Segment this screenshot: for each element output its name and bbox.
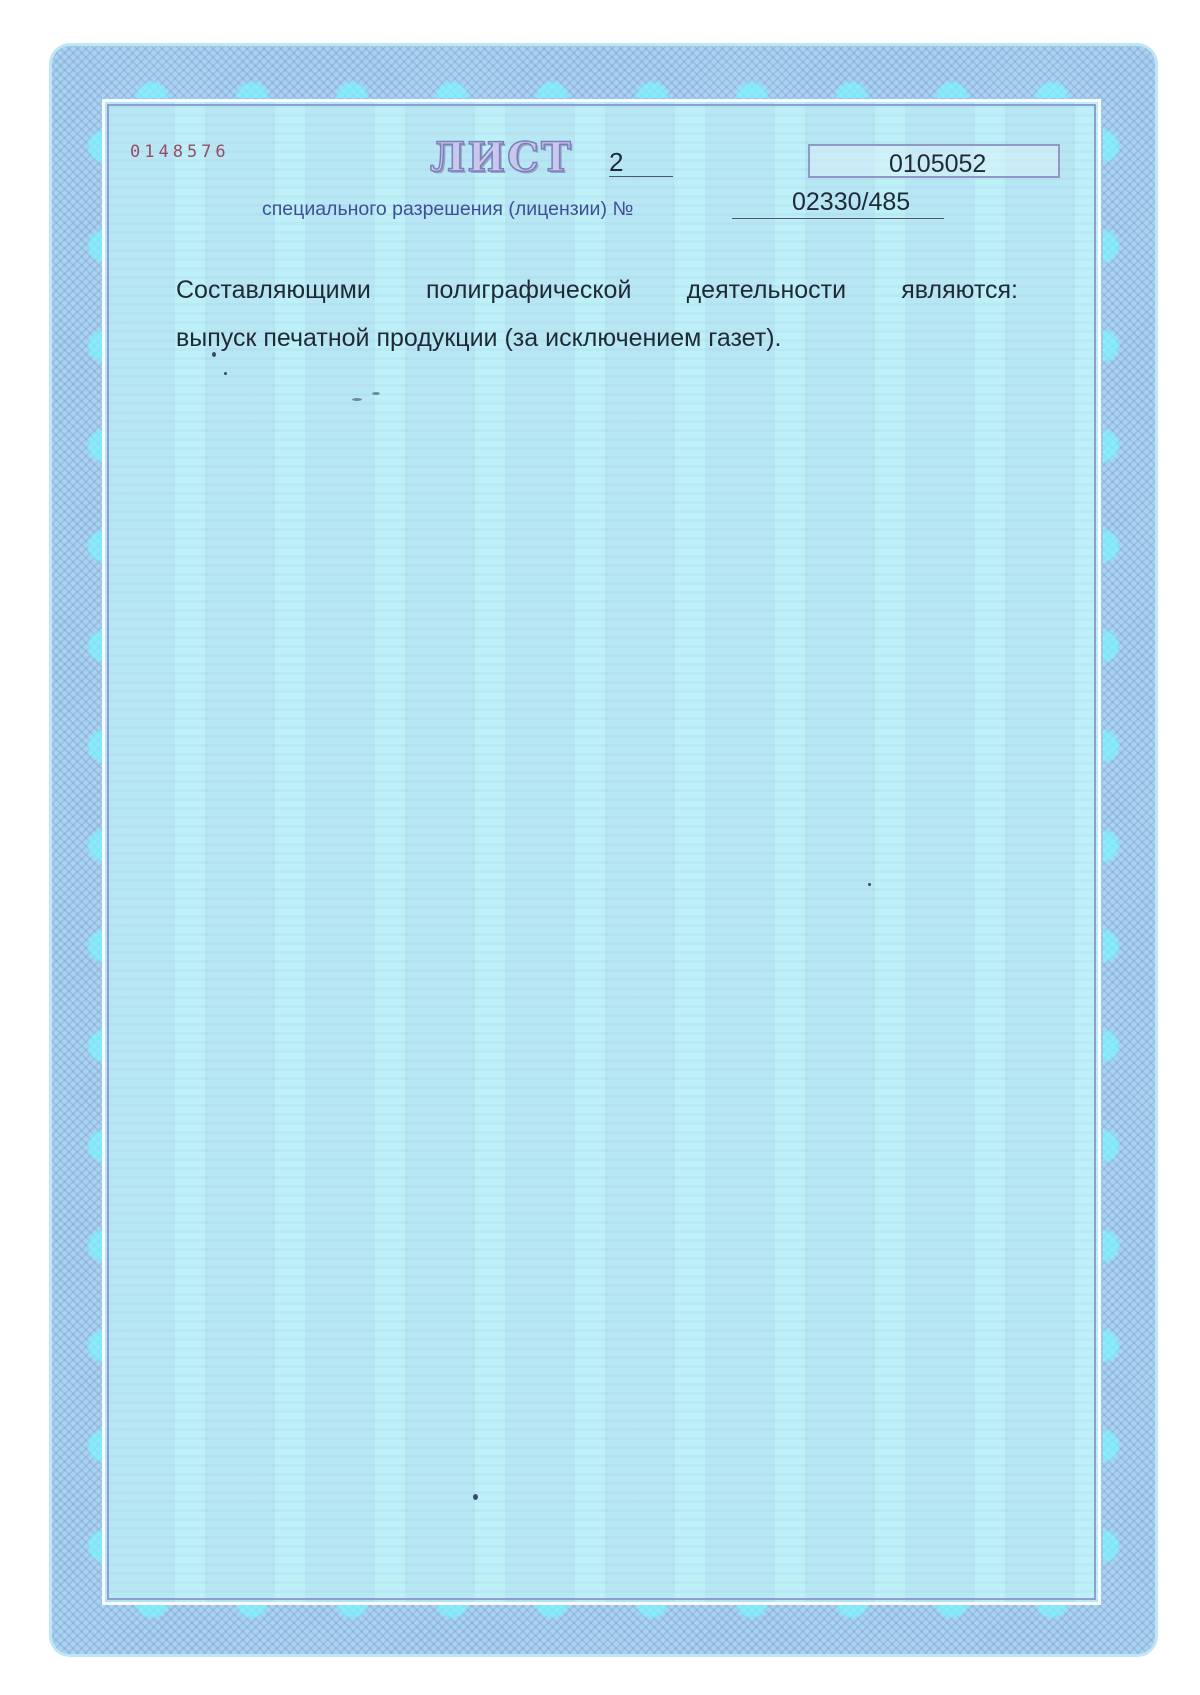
scope-word: Составляющими: [176, 266, 371, 314]
scope-line-1: Составляющими полиграфической деятельнос…: [176, 266, 1018, 314]
document-subtitle: специального разрешения (лицензии) №: [262, 198, 633, 221]
scan-speck: [224, 372, 227, 375]
scan-speck: [473, 1494, 478, 1500]
scan-speck: [352, 398, 362, 401]
license-scope-text: Составляющими полиграфической деятельнос…: [176, 266, 1018, 362]
register-number: 0105052: [889, 150, 986, 179]
border-ornament-left: [68, 96, 104, 1604]
sheet-number: 2: [609, 148, 673, 177]
border-ornament-bottom: [102, 1602, 1105, 1638]
form-serial-number: 0148576: [130, 142, 230, 162]
document-title: ЛИСТ: [430, 134, 573, 181]
scope-word: являются:: [901, 266, 1018, 314]
border-ornament-right: [1103, 96, 1139, 1604]
scan-speck: [372, 392, 380, 395]
scan-speck: [212, 352, 216, 357]
scope-line-2: выпуск печатной продукции (за исключение…: [176, 314, 1018, 362]
scope-word: полиграфической: [426, 266, 631, 314]
license-number: 02330/485: [792, 188, 910, 217]
scope-word: деятельности: [687, 266, 847, 314]
border-ornament-top: [102, 62, 1105, 98]
scan-speck: [868, 883, 871, 886]
